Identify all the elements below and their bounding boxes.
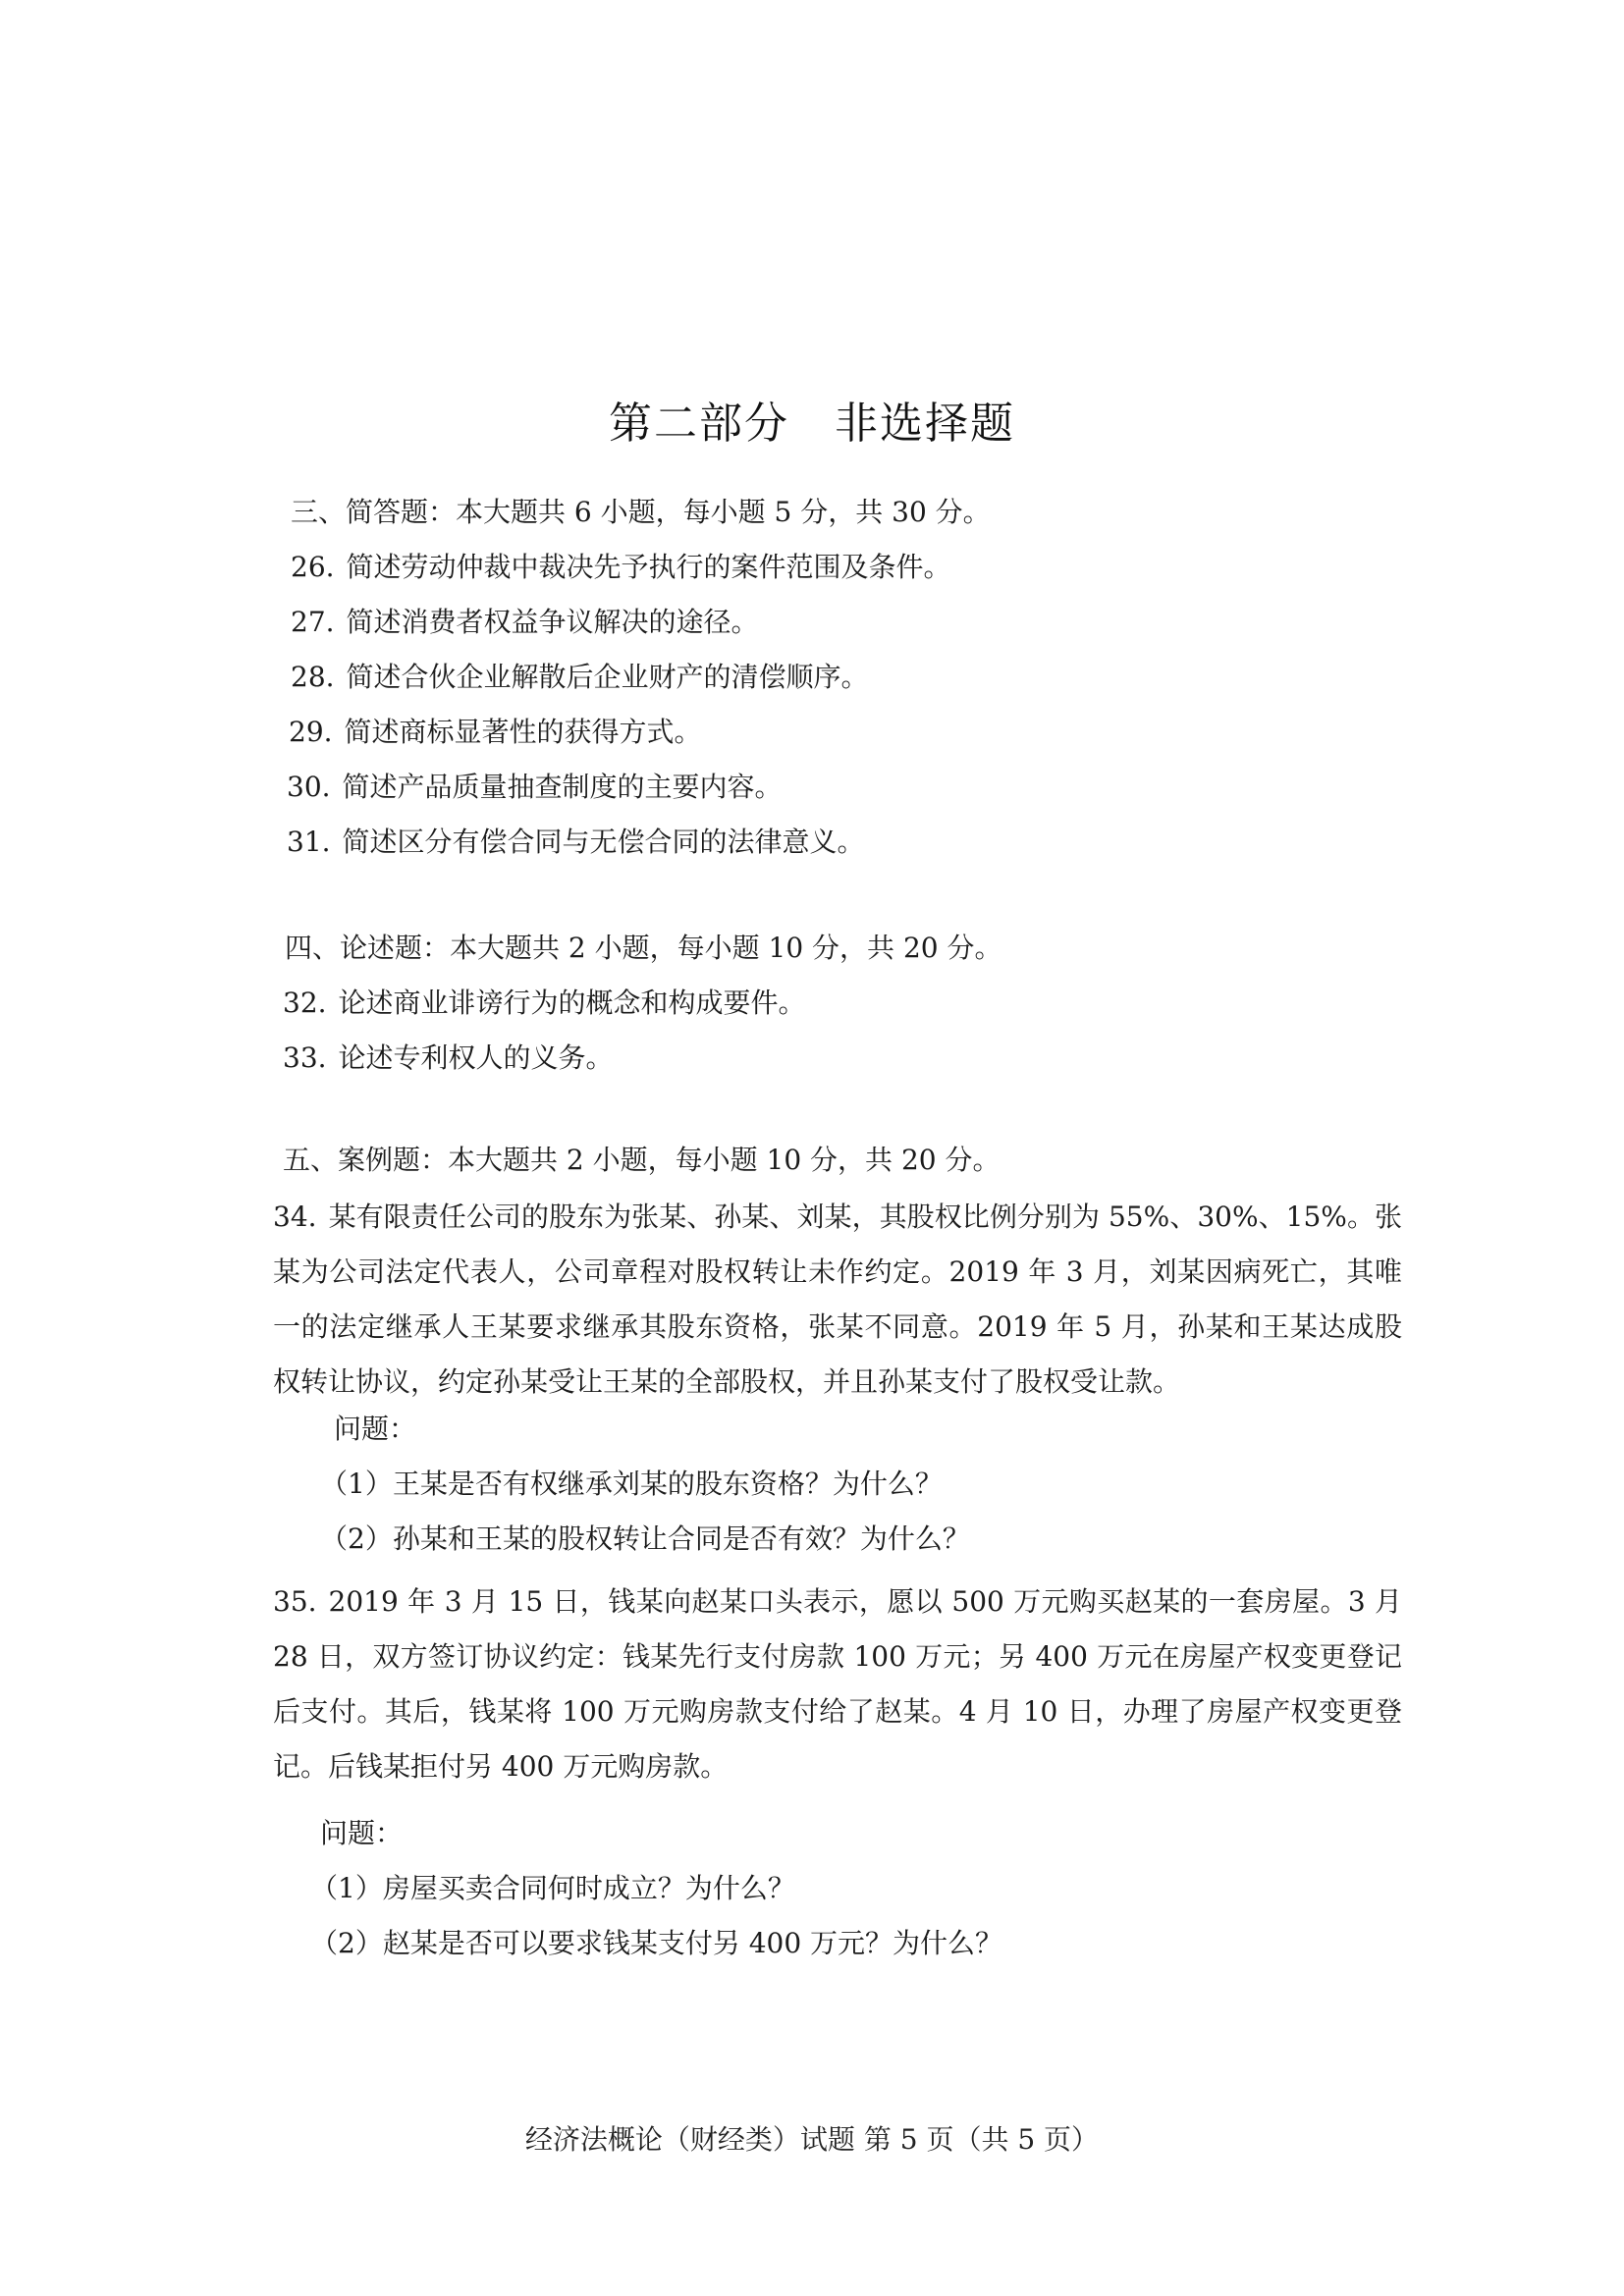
question-number: 28. xyxy=(291,661,335,693)
question-text: 简述劳动仲裁中裁决先予执行的案件范围及条件。 xyxy=(347,551,951,583)
question-33: 33.论述专利权人的义务。 xyxy=(283,1039,614,1078)
section-heading-essay: 四、论述题：本大题共 2 小题，每小题 10 分，共 20 分。 xyxy=(285,929,1001,968)
question-number: 33. xyxy=(283,1041,327,1074)
question-text: 简述区分有偿合同与无偿合同的法律意义。 xyxy=(343,826,865,858)
case-35-question-2: （2）赵某是否可以要求钱某支付另 400 万元？为什么？ xyxy=(310,1924,1002,1963)
question-number: 27. xyxy=(291,606,335,638)
case-34-question-1: （1）王某是否有权继承刘某的股东资格？为什么？ xyxy=(320,1465,943,1504)
question-30: 30.简述产品质量抽查制度的主要内容。 xyxy=(287,768,783,807)
question-number: 29. xyxy=(289,716,333,748)
section-heading-case: 五、案例题：本大题共 2 小题，每小题 10 分，共 20 分。 xyxy=(283,1141,1000,1180)
question-number: 32. xyxy=(283,987,327,1019)
question-29: 29.简述商标显著性的获得方式。 xyxy=(289,713,702,752)
question-text: 简述产品质量抽查制度的主要内容。 xyxy=(343,771,783,803)
case-34-questions-label: 问题： xyxy=(334,1410,416,1449)
section-heading-short-answer: 三、简答题：本大题共 6 小题，每小题 5 分，共 30 分。 xyxy=(291,493,991,532)
question-text: 论述商业诽谤行为的概念和构成要件。 xyxy=(339,987,806,1019)
question-number: 26. xyxy=(291,551,335,583)
case-body: 2019 年 3 月 15 日，钱某向赵某口头表示，愿以 500 万元购买赵某的… xyxy=(273,1585,1402,1783)
question-number: 34. xyxy=(273,1201,317,1233)
question-number: 31. xyxy=(287,826,331,858)
page-footer: 经济法概论（财经类）试题 第 5 页（共 5 页） xyxy=(0,2118,1624,2158)
question-text: 简述合伙企业解散后企业财产的清偿顺序。 xyxy=(347,661,869,693)
part-title: 第二部分 非选择题 xyxy=(0,388,1624,451)
question-number: 30. xyxy=(287,771,331,803)
case-34-question-2: （2）孙某和王某的股权转让合同是否有效？为什么？ xyxy=(320,1520,970,1559)
question-text: 论述专利权人的义务。 xyxy=(339,1041,614,1074)
question-27: 27.简述消费者权益争议解决的途径。 xyxy=(291,603,759,642)
question-26: 26.简述劳动仲裁中裁决先予执行的案件范围及条件。 xyxy=(291,548,951,587)
question-text: 简述消费者权益争议解决的途径。 xyxy=(347,606,759,638)
case-35-questions-label: 问题： xyxy=(320,1814,403,1853)
case-35-question-1: （1）房屋买卖合同何时成立？为什么？ xyxy=(310,1869,795,1908)
question-text: 简述商标显著性的获得方式。 xyxy=(345,716,702,748)
case-35-text: 35.2019 年 3 月 15 日，钱某向赵某口头表示，愿以 500 万元购买… xyxy=(273,1575,1402,1794)
question-31: 31.简述区分有偿合同与无偿合同的法律意义。 xyxy=(287,823,865,862)
case-34-text: 34.某有限责任公司的股东为张某、孙某、刘某，其股权比例分别为 55%、30%、… xyxy=(273,1190,1402,1410)
exam-page: 第二部分 非选择题 三、简答题：本大题共 6 小题，每小题 5 分，共 30 分… xyxy=(0,0,1624,2296)
question-32: 32.论述商业诽谤行为的概念和构成要件。 xyxy=(283,984,806,1023)
case-body: 某有限责任公司的股东为张某、孙某、刘某，其股权比例分别为 55%、30%、15%… xyxy=(273,1201,1402,1398)
question-number: 35. xyxy=(273,1585,317,1618)
question-28: 28.简述合伙企业解散后企业财产的清偿顺序。 xyxy=(291,658,869,697)
